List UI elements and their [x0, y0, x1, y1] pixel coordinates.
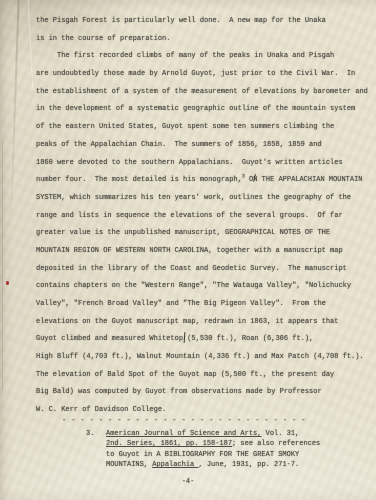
text-line: elevations on the Guyot manuscript map, …	[36, 314, 374, 332]
text-line: Big Bald) was computed by Guyot from obs…	[36, 384, 374, 402]
text-line: the Pisgah Forest is particularly well d…	[36, 13, 374, 31]
text-line: peaks of the Appalachian Chain. The summ…	[36, 137, 374, 155]
text-line: is in the course of preparation.	[36, 31, 374, 49]
text-line: Valley", "French Broad Valley" and "The …	[36, 296, 374, 314]
page-number: -4-	[0, 478, 376, 486]
text-line: deposited in the library of the Coast an…	[36, 261, 374, 279]
text-line: number four. The most detailed is his mo…	[36, 172, 374, 190]
text-line: The elevation of Bald Spot of the Guyot …	[36, 367, 374, 385]
footnote-number: 3.	[86, 429, 106, 471]
paper-crease	[10, 0, 19, 210]
text-line: The first recorded climbs of many of the…	[36, 48, 374, 66]
text-line: the establishment of a system of the mea…	[36, 84, 374, 102]
text-line: 1860 were devoted to the southern Appala…	[36, 155, 374, 173]
paper-crease	[2, 140, 3, 390]
body-text: the Pisgah Forest is particularly well d…	[36, 13, 374, 420]
text-line: greater value is the unpublished manuscr…	[36, 225, 374, 243]
footnote-line: MOUNTAINS, Appalachia , June, 1931, pp. …	[106, 460, 320, 470]
footnote-separator: - - - - - - - - - - - - - - - - - - - - …	[62, 416, 306, 426]
footnote: 3. American Journal of Science and Arts,…	[86, 429, 320, 471]
text-line: High Bluff (4,703 ft.), Walnut Mountain …	[36, 349, 374, 367]
text-line: in the development of a systematic geogr…	[36, 101, 374, 119]
text-line: range and lists in sequence the elevatio…	[36, 208, 374, 226]
footnote-line: to Guyot in A BIBLIOGRAPHY FOR THE GREAT…	[106, 450, 320, 460]
text-line: MOUNTAIN REGION OF WESTERN NORTH CAROLIN…	[36, 243, 374, 261]
text-line: Guyot climbed and measured Whitetop (5,5…	[36, 331, 374, 349]
document-page: the Pisgah Forest is particularly well d…	[0, 0, 376, 500]
text-line: SYSTEM, which summarizes his ten years' …	[36, 190, 374, 208]
footnote-lines: American Journal of Science and Arts, Vo…	[106, 429, 320, 471]
footnote-line: 2nd. Series, 1861, pp. 158-187; see also…	[106, 439, 320, 449]
red-pencil-mark	[6, 281, 9, 285]
text-line: contains chapters on the "Western Range"…	[36, 278, 374, 296]
paper-crease	[28, 0, 34, 90]
text-line: of the eastern United States, Guyot spen…	[36, 119, 374, 137]
text-line: are undoubtedly those made by Arnold Guy…	[36, 66, 374, 84]
footnote-line: American Journal of Science and Arts, Vo…	[106, 429, 320, 439]
